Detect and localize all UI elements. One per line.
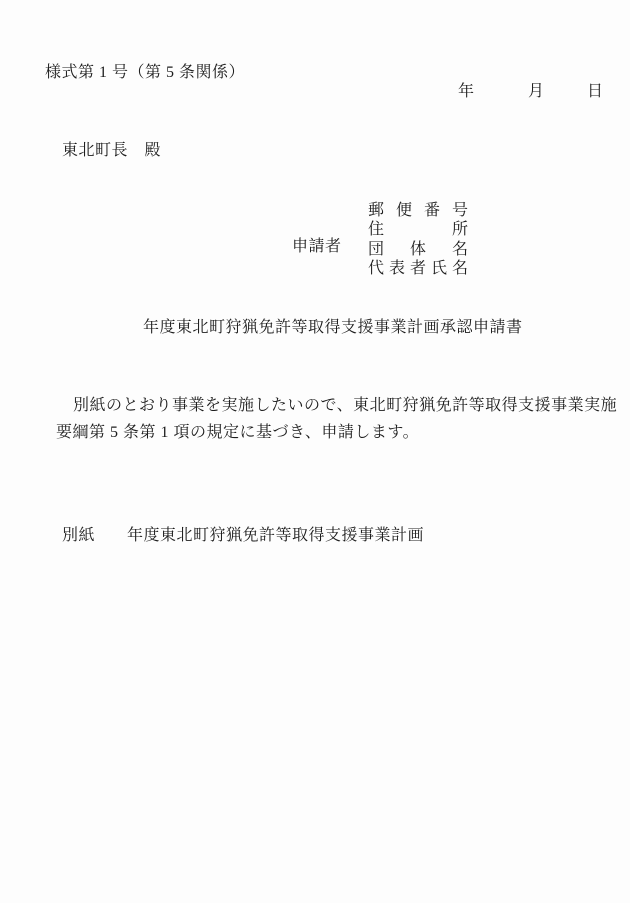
date-day-label: 日 xyxy=(587,83,604,101)
applicant-label: 申請者 xyxy=(292,238,342,256)
attachment-label: 別紙 xyxy=(62,527,95,545)
addressee-text: 東北町長 殿 xyxy=(62,142,161,160)
document-page: 様式第 1 号（第 5 条関係） 年 月 日 東北町長 殿 申請者 郵便番号 住… xyxy=(0,0,630,903)
attachment-title: 年度東北町狩猟免許等取得支援事業計画 xyxy=(127,527,424,545)
form-number-text: 様式第 1 号（第 5 条関係） xyxy=(45,64,245,82)
date-year-label: 年 xyxy=(458,83,475,101)
body-line: 要綱第 5 条第 1 項の規定に基づき、申請します。 xyxy=(56,424,419,442)
field-label-address: 住所 xyxy=(368,218,468,237)
field-label-representative-name: 代表者氏名 xyxy=(368,257,468,276)
field-label-postal-code: 郵便番号 xyxy=(368,199,468,218)
date-month-label: 月 xyxy=(528,83,545,101)
field-label-organization-name: 団体名 xyxy=(368,238,468,257)
body-line: 別紙のとおり事業を実施したいので、東北町狩猟免許等取得支援事業実施 xyxy=(56,397,617,415)
document-title: 年度東北町狩猟免許等取得支援事業計画承認申請書 xyxy=(143,319,523,337)
applicant-fields: 郵便番号 住所 団体名 代表者氏名 xyxy=(368,199,468,276)
